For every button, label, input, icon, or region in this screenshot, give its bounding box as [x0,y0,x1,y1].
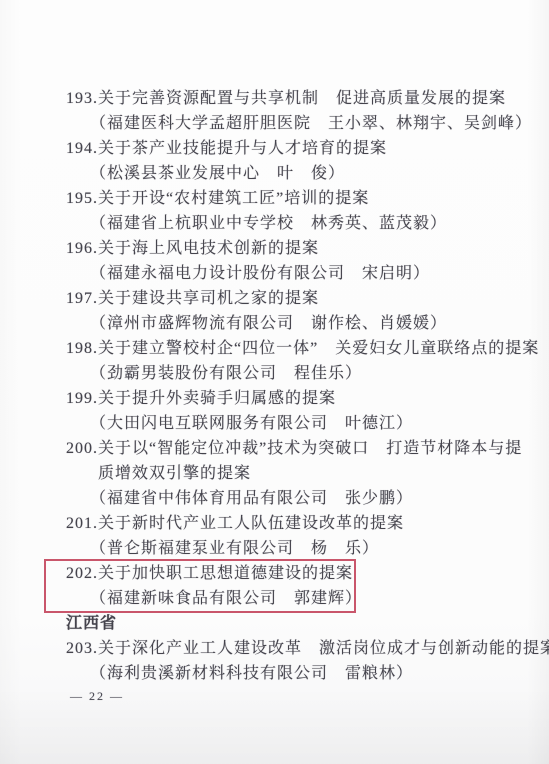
proposal-title: 关于完善资源配置与共享机制 促进高质量发展的提案 [98,90,506,107]
proposal-attribution: （福建新味食品有限公司 郭建辉） [66,586,354,611]
proposal-attribution: （福建省中伟体育用品有限公司 张少鹏） [66,486,519,511]
proposal-title-line: 196.关于海上风电技术创新的提案 [66,236,519,261]
proposal-title: 关于深化产业工人建设改革 激活岗位成才与创新动能的提案 [98,640,549,657]
proposal-item: 195.关于开设“农村建筑工匠”培训的提案 （福建省上杭职业中专学校 林秀英、蓝… [66,186,519,236]
proposal-attribution: （福建省上杭职业中专学校 林秀英、蓝茂毅） [66,211,519,236]
proposal-title: 关于茶产业技能提升与人才培育的提案 [98,140,387,157]
proposal-attribution: （福建医科大学孟超肝胆医院 王小翠、林翔宇、吴剑峰） [66,111,519,136]
proposal-item: 201.关于新时代产业工人队伍建设改革的提案 （普仑斯福建泵业有限公司 杨 乐） [66,511,519,561]
proposal-number: 193. [66,86,98,111]
proposal-title-block: 196.关于海上风电技术创新的提案 [66,236,519,261]
proposal-title-block: 203.关于深化产业工人建设改革 激活岗位成才与创新动能的提案 [66,636,519,661]
proposal-number: 199. [66,386,98,411]
proposal-title: 关于提升外卖骑手归属感的提案 [98,390,336,407]
proposal-attribution: （普仑斯福建泵业有限公司 杨 乐） [66,536,519,561]
proposal-title-line: 202.关于加快职工思想道德建设的提案 [66,561,354,586]
page-number: — 22 — [70,688,124,704]
proposal-title: 关于新时代产业工人队伍建设改革的提案 [98,515,404,532]
proposal-title-line: 199.关于提升外卖骑手归属感的提案 [66,386,519,411]
proposal-title-block: 197.关于建设共享司机之家的提案 [66,286,519,311]
proposal-number: 202. [66,561,98,586]
proposal-title-block: 200.关于以“智能定位冲裁”技术为突破口 打造节材降本与提质增效双引擎的提案 [66,436,519,486]
proposal-attribution: （海利贵溪新材料科技有限公司 雷粮林） [66,661,519,686]
proposal-title: 关于建立警校村企“四位一体” 关爱妇女儿童联络点的提案 [98,340,539,357]
proposal-title-line: 203.关于深化产业工人建设改革 激活岗位成才与创新动能的提案 [66,636,519,661]
proposal-title-block: 199.关于提升外卖骑手归属感的提案 [66,386,519,411]
proposal-item: 196.关于海上风电技术创新的提案 （福建永福电力设计股份有限公司 宋启明） [66,236,519,286]
proposal-item: 194.关于茶产业技能提升与人才培育的提案 （松溪县茶业发展中心 叶 俊） [66,136,519,186]
proposal-number: 198. [66,336,98,361]
proposal-number: 197. [66,286,98,311]
proposal-item: 200.关于以“智能定位冲裁”技术为突破口 打造节材降本与提质增效双引擎的提案 … [66,436,519,511]
proposal-attribution: （漳州市盛辉物流有限公司 谢作桧、肖媛媛） [66,311,519,336]
proposal-title-block: 193.关于完善资源配置与共享机制 促进高质量发展的提案 [66,86,519,111]
proposal-title-line: 198.关于建立警校村企“四位一体” 关爱妇女儿童联络点的提案 [66,336,519,361]
proposal-number: 195. [66,186,98,211]
proposal-attribution: （劲霸男装股份有限公司 程佳乐） [66,361,519,386]
proposal-title: 关于以“智能定位冲裁”技术为突破口 打造节材降本与提 [98,440,522,457]
proposal-number: 194. [66,136,98,161]
proposal-title: 关于开设“农村建筑工匠”培训的提案 [98,190,369,207]
proposal-attribution: （大田闪电互联网服务有限公司 叶德江） [66,411,519,436]
proposal-item: 203.关于深化产业工人建设改革 激活岗位成才与创新动能的提案 （海利贵溪新材料… [66,636,519,686]
proposal-title-block: 198.关于建立警校村企“四位一体” 关爱妇女儿童联络点的提案 [66,336,519,361]
proposal-number: 203. [66,636,98,661]
proposal-item: 197.关于建设共享司机之家的提案 （漳州市盛辉物流有限公司 谢作桧、肖媛媛） [66,286,519,336]
proposal-item: 198.关于建立警校村企“四位一体” 关爱妇女儿童联络点的提案 （劲霸男装股份有… [66,336,519,386]
proposal-title-continuation: 质增效双引擎的提案 [66,461,519,486]
proposal-title-line: 194.关于茶产业技能提升与人才培育的提案 [66,136,519,161]
proposal-title: 关于加快职工思想道德建设的提案 [98,565,353,582]
proposal-title: 关于海上风电技术创新的提案 [98,240,319,257]
proposal-item: 193.关于完善资源配置与共享机制 促进高质量发展的提案 （福建医科大学孟超肝胆… [66,86,519,136]
proposal-attribution: （福建永福电力设计股份有限公司 宋启明） [66,261,519,286]
proposal-title-line: 193.关于完善资源配置与共享机制 促进高质量发展的提案 [66,86,519,111]
proposal-attribution: （松溪县茶业发展中心 叶 俊） [66,161,519,186]
proposal-title-line: 195.关于开设“农村建筑工匠”培训的提案 [66,186,519,211]
proposal-number: 201. [66,511,98,536]
proposal-title-block: 201.关于新时代产业工人队伍建设改革的提案 [66,511,519,536]
proposal-title-line: 200.关于以“智能定位冲裁”技术为突破口 打造节材降本与提 [66,436,519,461]
document-page: 193.关于完善资源配置与共享机制 促进高质量发展的提案 （福建医科大学孟超肝胆… [0,0,549,764]
proposal-title-block: 194.关于茶产业技能提升与人才培育的提案 [66,136,519,161]
proposal-title-line: 201.关于新时代产业工人队伍建设改革的提案 [66,511,519,536]
proposal-title-line: 197.关于建设共享司机之家的提案 [66,286,519,311]
proposal-number: 196. [66,236,98,261]
proposal-item: 199.关于提升外卖骑手归属感的提案 （大田闪电互联网服务有限公司 叶德江） [66,386,519,436]
proposal-title-block: 195.关于开设“农村建筑工匠”培训的提案 [66,186,519,211]
proposal-title-block: 202.关于加快职工思想道德建设的提案 [66,561,354,586]
province-heading: 江西省 [66,611,519,636]
proposal-number: 200. [66,436,98,461]
highlighted-proposal: 202.关于加快职工思想道德建设的提案 （福建新味食品有限公司 郭建辉） [44,559,356,613]
proposal-list: 193.关于完善资源配置与共享机制 促进高质量发展的提案 （福建医科大学孟超肝胆… [66,86,519,686]
proposal-title: 关于建设共享司机之家的提案 [98,290,319,307]
